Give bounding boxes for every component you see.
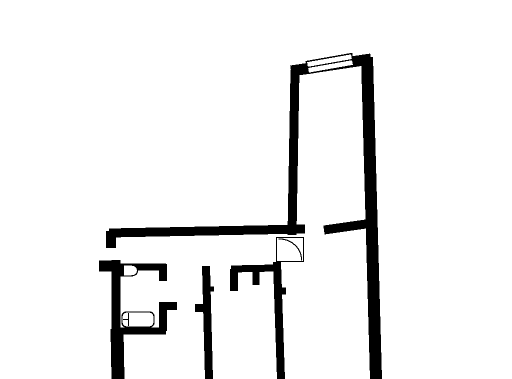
door-symbol <box>277 238 304 262</box>
bathtub-symbol <box>122 312 154 327</box>
wall-inner-right <box>277 262 281 379</box>
wall-room-right <box>367 57 376 379</box>
wall-room-left <box>292 70 295 235</box>
floorplan-canvas <box>0 0 512 379</box>
floorplan-page <box>0 0 512 379</box>
sink-bowl <box>124 265 138 276</box>
wall-hall-top <box>109 229 305 233</box>
wall-bath-left-lower <box>117 329 118 379</box>
wall-mid <box>206 266 209 379</box>
door-swing-arc <box>279 239 302 261</box>
wall-upper-right <box>324 224 366 230</box>
wall-closet-top <box>231 268 276 269</box>
sink-symbol <box>120 265 138 277</box>
